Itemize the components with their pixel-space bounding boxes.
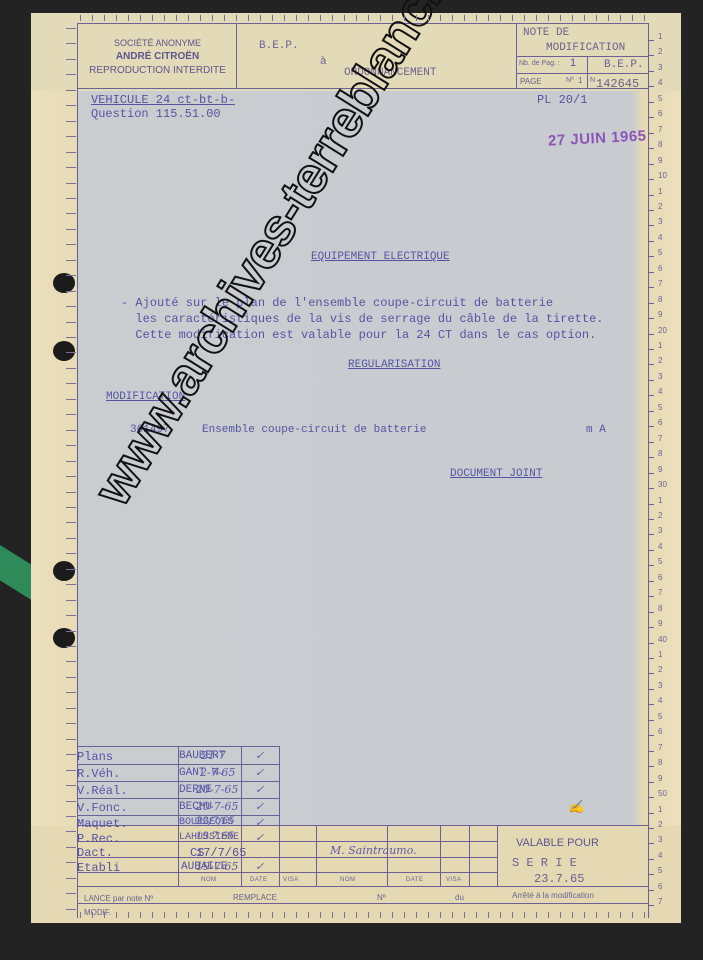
bottom-ruler-tick	[440, 912, 441, 918]
bottom-ruler-tick	[176, 912, 177, 918]
ruler-number: 6	[658, 727, 662, 736]
sig-date: 19.7.65	[196, 831, 234, 842]
ruler-number: 6	[658, 573, 662, 582]
top-ruler-tick	[188, 15, 189, 21]
ruler-tick	[648, 395, 654, 396]
ruler-number: 8	[658, 295, 662, 304]
bottom-ruler-tick	[632, 912, 633, 918]
ruler-number: 1	[658, 341, 662, 350]
left-ruler-tick	[66, 430, 76, 431]
top-ruler-tick	[572, 15, 573, 21]
ruler-tick	[648, 55, 654, 56]
ruler-tick	[648, 364, 654, 365]
ruler-number: 4	[658, 696, 662, 705]
sig-date: 22/7/65	[196, 816, 235, 827]
left-ruler-tick	[66, 677, 76, 678]
bottom-ruler-tick	[524, 912, 525, 918]
sig-row-line	[77, 781, 279, 782]
left-ruler-tick	[66, 801, 76, 802]
bottom-ruler-tick	[140, 912, 141, 918]
ruler-tick	[648, 504, 654, 505]
top-ruler-tick	[476, 15, 477, 21]
top-ruler-tick	[200, 15, 201, 21]
sig-visa: ✓	[255, 831, 264, 844]
item-code: m A	[586, 424, 606, 436]
ruler-number: 9	[658, 156, 662, 165]
top-ruler-tick	[80, 15, 81, 21]
top-ruler-tick	[620, 15, 621, 21]
ruler-tick	[648, 735, 654, 736]
top-ruler-tick	[176, 15, 177, 21]
du-label: du	[455, 893, 464, 902]
approval-signature: ✍	[568, 800, 584, 815]
ruler-number: 2	[658, 202, 662, 211]
sig-visa: ✓	[255, 816, 264, 829]
ruler-tick	[648, 349, 654, 350]
ruler-number: 4	[658, 851, 662, 860]
sig-col	[440, 825, 441, 886]
ruler-tick	[648, 782, 654, 783]
left-ruler-tick	[66, 306, 76, 307]
bottom-ruler-tick	[164, 912, 165, 918]
left-ruler-tick	[66, 770, 76, 771]
left-ruler-tick	[66, 198, 76, 199]
page-no-label: Nº	[566, 77, 574, 84]
sig-role: Etabli	[77, 861, 120, 875]
left-ruler-tick	[66, 337, 76, 338]
bottom-ruler-tick	[620, 912, 621, 918]
bottom-ruler-tick	[224, 912, 225, 918]
top-ruler-tick	[440, 15, 441, 21]
ruler-tick	[648, 179, 654, 180]
header-divider	[516, 56, 648, 57]
ruler-number: 8	[658, 140, 662, 149]
left-ruler-tick	[66, 600, 76, 601]
ruler-number: 3	[658, 372, 662, 381]
ruler-number: 1	[658, 650, 662, 659]
sig-visa: ✓	[255, 783, 264, 796]
ruler-tick	[648, 612, 654, 613]
ruler-tick	[648, 581, 654, 582]
sig-row-line	[77, 872, 497, 873]
bottom-ruler-tick	[200, 912, 201, 918]
left-ruler-tick	[66, 631, 76, 632]
bottom-ruler-tick	[476, 912, 477, 918]
ruler-number: 2	[658, 356, 662, 365]
binder-hole	[53, 341, 75, 361]
top-ruler-tick	[320, 15, 321, 21]
top-ruler-tick	[488, 15, 489, 21]
ruler-tick	[648, 813, 654, 814]
ruler-tick	[648, 797, 654, 798]
left-ruler-tick	[66, 847, 76, 848]
sig-col	[497, 825, 498, 886]
top-ruler-tick	[368, 15, 369, 21]
bottom-ruler-tick	[260, 912, 261, 918]
company-line-1: SOCIÉTÉ ANONYME	[80, 38, 235, 48]
bottom-ruler-tick	[272, 912, 273, 918]
bottom-block-top	[77, 825, 648, 826]
bottom-block-bottom	[77, 886, 648, 887]
top-ruler-tick	[284, 15, 285, 21]
top-ruler-tick	[392, 15, 393, 21]
left-ruler-tick	[66, 229, 76, 230]
bottom-ruler-tick	[80, 912, 81, 918]
col-header-visa: VISA	[283, 877, 299, 883]
left-ruler-tick	[66, 414, 76, 415]
section-title: EQUIPEMENT ELECTRIQUE	[311, 251, 450, 263]
frame-right	[648, 23, 649, 918]
ruler-number: 5	[658, 557, 662, 566]
ruler-tick	[648, 225, 654, 226]
ruler-number: 7	[658, 588, 662, 597]
nb-pages-label: Nb. de Pag. :	[519, 60, 560, 67]
sig-visa: ✓	[255, 800, 264, 813]
bottom-ruler-tick	[560, 912, 561, 918]
left-ruler-tick	[66, 538, 76, 539]
ruler-tick	[648, 303, 654, 304]
ruler-number: 7	[658, 897, 662, 906]
col-header-visa-2: VISA	[446, 877, 462, 883]
bottom-ruler-tick	[644, 912, 645, 918]
ruler-tick	[648, 148, 654, 149]
ruler-number: 6	[658, 418, 662, 427]
sig-role: V.Fonc.	[77, 801, 127, 815]
top-ruler-tick	[152, 15, 153, 21]
top-ruler-tick	[164, 15, 165, 21]
left-ruler-tick	[66, 105, 76, 106]
left-ruler-tick	[66, 476, 76, 477]
left-ruler-tick	[66, 723, 76, 724]
top-ruler-tick	[248, 15, 249, 21]
remplace-label: REMPLACE	[233, 893, 277, 902]
sig-col	[469, 825, 470, 886]
left-ruler-tick	[66, 213, 76, 214]
bottom-ruler-tick	[428, 912, 429, 918]
note-title-2: MODIFICATION	[546, 42, 625, 54]
top-ruler-tick	[596, 15, 597, 21]
col-header-nom: NOM	[201, 877, 217, 883]
ruler-tick	[648, 550, 654, 551]
sig-col	[316, 825, 317, 886]
ruler-number: 5	[658, 712, 662, 721]
top-ruler-tick	[356, 15, 357, 21]
left-ruler-tick	[66, 352, 76, 353]
top-ruler-tick	[92, 15, 93, 21]
sig-role: V.Réal.	[77, 784, 127, 798]
ruler-number: 7	[658, 279, 662, 288]
frame-top	[77, 23, 648, 24]
top-ruler-tick	[500, 15, 501, 21]
top-ruler-tick	[128, 15, 129, 21]
sig-date: 19-7-65	[196, 860, 238, 873]
ruler-tick	[648, 720, 654, 721]
lance-label: LANCE par note Nº	[84, 894, 153, 903]
ruler-number: 2	[658, 47, 662, 56]
left-ruler-tick	[66, 59, 76, 60]
sig-role: P.Rec.	[77, 832, 120, 846]
ruler-tick	[648, 210, 654, 211]
ruler-number: 9	[658, 619, 662, 628]
sig-col	[279, 746, 280, 886]
left-ruler-tick	[66, 322, 76, 323]
ruler-tick	[648, 457, 654, 458]
ruler-tick	[648, 859, 654, 860]
ruler-tick	[648, 411, 654, 412]
ruler-tick	[648, 442, 654, 443]
dept-code: B.E.P.	[604, 59, 644, 71]
ruler-number: 2	[658, 511, 662, 520]
ruler-tick	[648, 596, 654, 597]
bottom-ruler-tick	[584, 912, 585, 918]
sig-role: Dact.	[77, 846, 113, 860]
bottom-ruler-tick	[572, 912, 573, 918]
company-line-3: REPRODUCTION INTERDITE	[80, 65, 235, 76]
sig-role: Maquet.	[77, 817, 127, 831]
ruler-number: 40	[658, 635, 667, 644]
top-ruler-tick	[344, 15, 345, 21]
ruler-tick	[648, 488, 654, 489]
ruler-tick	[648, 272, 654, 273]
ruler-tick	[648, 704, 654, 705]
regularisation-title: REGULARISATION	[348, 359, 440, 371]
left-ruler-tick	[66, 368, 76, 369]
left-ruler-tick	[66, 492, 76, 493]
top-ruler-tick	[380, 15, 381, 21]
ruler-number: 6	[658, 264, 662, 273]
ruler-tick	[648, 890, 654, 891]
ruler-tick	[648, 133, 654, 134]
ruler-tick	[648, 426, 654, 427]
vehicle-reference: VEHICULE 24 ct-bt-b-	[91, 93, 235, 107]
top-ruler-tick	[212, 15, 213, 21]
sig-row-line	[77, 857, 497, 858]
bottom-ruler-tick	[284, 912, 285, 918]
sig-row-line	[77, 815, 279, 816]
ruler-tick	[648, 102, 654, 103]
ruler-number: 4	[658, 78, 662, 87]
bottom-ruler-tick	[344, 912, 345, 918]
left-ruler-tick	[66, 553, 76, 554]
ruler-number: 2	[658, 665, 662, 674]
arrete-label: Arrêté à la modification	[512, 891, 594, 900]
ruler-number: 6	[658, 109, 662, 118]
sig-date: 2-7-65	[200, 766, 235, 779]
left-ruler-tick	[66, 136, 76, 137]
ruler-number: 4	[658, 233, 662, 242]
second-block-name: M. Saintraumo.	[330, 844, 417, 857]
left-ruler-tick	[66, 275, 76, 276]
bottom-ruler-tick	[332, 912, 333, 918]
col-header-date: DATE	[250, 877, 268, 883]
plan-reference: PL 20/1	[537, 93, 587, 107]
ruler-number: 50	[658, 789, 667, 798]
top-ruler-tick	[308, 15, 309, 21]
ruler-number: 20	[658, 326, 667, 335]
ruler-tick	[648, 643, 654, 644]
ruler-tick	[648, 534, 654, 535]
ruler-number: 3	[658, 835, 662, 844]
ruler-number: 3	[658, 217, 662, 226]
sig-date: 21-7	[201, 749, 226, 762]
left-ruler-tick	[66, 383, 76, 384]
ruler-tick	[648, 241, 654, 242]
left-ruler-tick	[66, 43, 76, 44]
top-ruler-tick	[272, 15, 273, 21]
left-ruler-tick	[66, 646, 76, 647]
ruler-number: 1	[658, 496, 662, 505]
ruler-tick	[648, 318, 654, 319]
sig-date: 20-7-65	[196, 800, 238, 813]
ruler-number: 7	[658, 743, 662, 752]
bottom-ruler-tick	[356, 912, 357, 918]
sig-row-line	[77, 798, 279, 799]
bottom-ruler-tick	[416, 912, 417, 918]
left-ruler-tick	[66, 862, 76, 863]
company-name: ANDRÉ CITROËN	[80, 51, 235, 62]
modif-label: MODIF.	[84, 908, 111, 917]
ruler-tick	[648, 195, 654, 196]
left-ruler-tick	[66, 28, 76, 29]
top-ruler-tick	[416, 15, 417, 21]
ruler-number: 2	[658, 820, 662, 829]
left-ruler-tick	[66, 445, 76, 446]
top-ruler-tick	[632, 15, 633, 21]
ruler-number: 4	[658, 542, 662, 551]
bottom-ruler-tick	[152, 912, 153, 918]
top-ruler-tick	[332, 15, 333, 21]
ruler-number: 4	[658, 387, 662, 396]
bottom-ruler-tick	[404, 912, 405, 918]
top-ruler-tick	[224, 15, 225, 21]
left-ruler-tick	[66, 661, 76, 662]
sig-col	[241, 746, 242, 886]
bottom-ruler-tick	[368, 912, 369, 918]
top-ruler-tick	[452, 15, 453, 21]
from-dept: B.E.P.	[259, 40, 299, 52]
left-ruler-tick	[66, 399, 76, 400]
ruler-number: 3	[658, 681, 662, 690]
left-ruler-tick	[66, 522, 76, 523]
ruler-number: 30	[658, 480, 667, 489]
left-ruler-tick	[66, 909, 76, 910]
left-ruler-tick	[66, 754, 76, 755]
top-ruler-tick	[524, 15, 525, 21]
header-divider	[516, 73, 648, 74]
top-ruler-tick	[536, 15, 537, 21]
page-label: PAGE	[520, 77, 542, 86]
ruler-tick	[648, 751, 654, 752]
ruler-tick	[648, 473, 654, 474]
note-number: 142645	[596, 77, 639, 91]
ruler-number: 5	[658, 866, 662, 875]
sig-visa: ✓	[255, 860, 264, 873]
header-divider	[587, 56, 588, 88]
sig-visa: ✓	[255, 749, 264, 762]
left-ruler-tick	[66, 584, 76, 585]
left-ruler-tick	[66, 291, 76, 292]
top-ruler-tick	[548, 15, 549, 21]
left-ruler-tick	[66, 461, 76, 462]
bottom-ruler-tick	[212, 912, 213, 918]
ruler-tick	[648, 256, 654, 257]
header-divider	[236, 23, 237, 88]
left-ruler-tick	[66, 121, 76, 122]
ruler-tick	[648, 828, 654, 829]
ruler-tick	[648, 287, 654, 288]
to-word: à	[320, 56, 327, 68]
left-ruler-tick	[66, 739, 76, 740]
top-ruler-tick	[584, 15, 585, 21]
ruler-tick	[648, 658, 654, 659]
top-ruler-tick	[644, 15, 645, 21]
bottom-ruler-tick	[296, 912, 297, 918]
bottom-ruler-tick	[92, 912, 93, 918]
bottom-ruler-tick	[536, 912, 537, 918]
top-ruler-tick	[116, 15, 117, 21]
ruler-tick	[648, 164, 654, 165]
left-ruler-tick	[66, 878, 76, 879]
bottom-ruler-tick	[188, 912, 189, 918]
left-ruler-tick	[66, 831, 76, 832]
binder-hole	[53, 561, 75, 581]
ruler-tick	[648, 673, 654, 674]
n-label: N	[590, 77, 595, 84]
bottom-ruler-tick	[320, 912, 321, 918]
ruler-number: 8	[658, 758, 662, 767]
ruler-number: 5	[658, 94, 662, 103]
bottom-ruler-tick	[464, 912, 465, 918]
question-reference: Question 115.51.00	[91, 107, 221, 121]
top-ruler-tick	[260, 15, 261, 21]
ruler-number: 6	[658, 882, 662, 891]
left-ruler-tick	[66, 893, 76, 894]
ruler-tick	[648, 519, 654, 520]
ruler-tick	[648, 565, 654, 566]
item-description: Ensemble coupe-circuit de batterie	[202, 424, 426, 436]
ruler-number: 1	[658, 32, 662, 41]
left-ruler-tick	[66, 507, 76, 508]
ruler-number: 9	[658, 310, 662, 319]
top-ruler-tick	[236, 15, 237, 21]
top-ruler-tick	[140, 15, 141, 21]
ruler-number: 1	[658, 805, 662, 814]
ruler-tick	[648, 766, 654, 767]
top-ruler-tick	[404, 15, 405, 21]
bottom-ruler-tick	[500, 912, 501, 918]
top-ruler-tick	[512, 15, 513, 21]
left-ruler-tick	[66, 167, 76, 168]
left-ruler-tick	[66, 785, 76, 786]
document-joint: DOCUMENT JOINT	[450, 468, 542, 480]
bottom-ruler-tick	[104, 912, 105, 918]
ruler-number: 7	[658, 434, 662, 443]
bottom-ruler-tick	[392, 912, 393, 918]
bottom-ruler-tick	[236, 912, 237, 918]
left-ruler-tick	[66, 260, 76, 261]
valid-for-label: VALABLE POUR	[516, 837, 599, 849]
bottom-ruler-tick	[116, 912, 117, 918]
ruler-tick	[648, 843, 654, 844]
ruler-tick	[648, 689, 654, 690]
ruler-number: 5	[658, 403, 662, 412]
bottom-ruler-tick	[380, 912, 381, 918]
sig-visa: ✓	[255, 766, 264, 779]
top-ruler-tick	[464, 15, 465, 21]
ruler-tick	[648, 86, 654, 87]
ruler-tick	[648, 380, 654, 381]
left-ruler-tick	[66, 183, 76, 184]
